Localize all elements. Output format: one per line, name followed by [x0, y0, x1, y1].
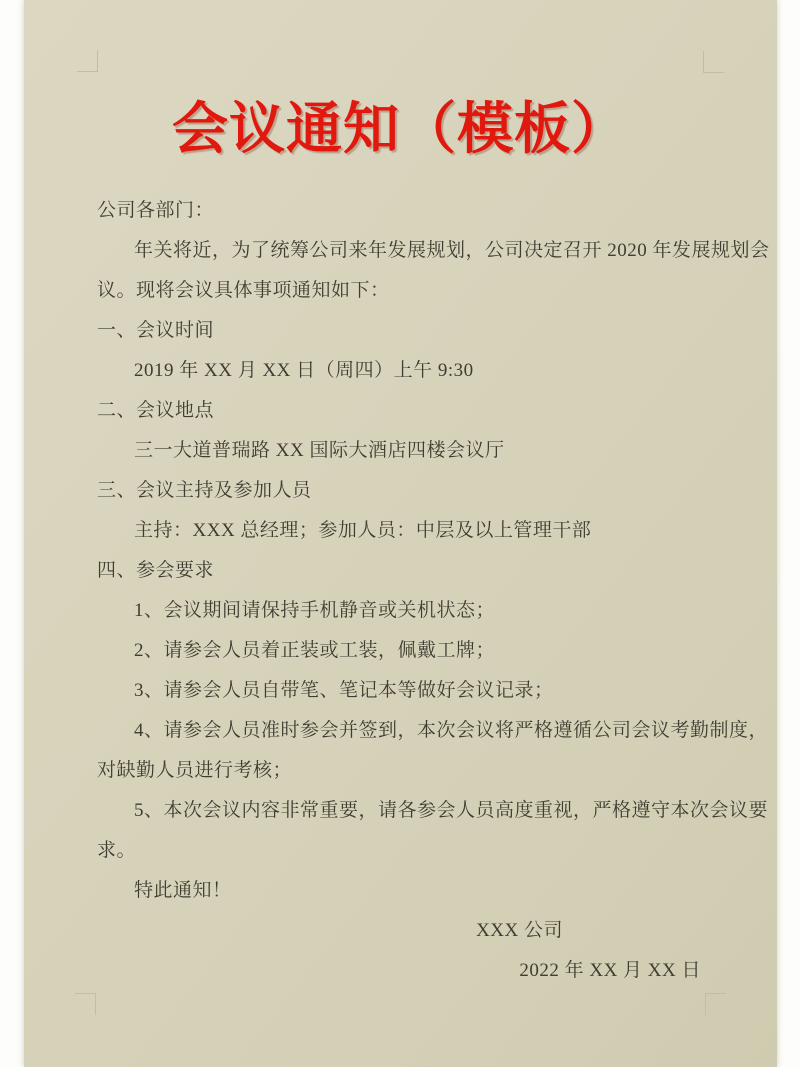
- salutation: 公司各部门：: [97, 191, 703, 231]
- requirement-item-continuation: 求。: [97, 831, 703, 871]
- meeting-location-value: 三一大道普瑞路 XX 国际大酒店四楼会议厅: [97, 431, 703, 471]
- margin-mark-bottom-left-icon: [75, 993, 96, 1015]
- document-body: 会议通知（模板） 公司各部门： 年关将近，为了统筹公司来年发展规划，公司决定召开…: [97, 72, 703, 991]
- meeting-attendees-value: 主持：XXX 总经理；参加人员：中层及以上管理干部: [97, 511, 703, 551]
- margin-mark-top-left-icon: [77, 50, 98, 72]
- requirement-item: 4、请参会人员准时参会并签到，本次会议将严格遵循公司会议考勤制度，: [97, 711, 703, 751]
- requirement-item: 3、请参会人员自带笔、笔记本等做好会议记录；: [97, 671, 703, 711]
- section-heading-attendees: 三、会议主持及参加人员: [97, 471, 703, 511]
- signature-date: 2022 年 XX 月 XX 日: [97, 951, 703, 991]
- closing-statement: 特此通知！: [97, 871, 703, 911]
- document-text: 公司各部门： 年关将近，为了统筹公司来年发展规划，公司决定召开 2020 年发展…: [97, 191, 703, 991]
- requirement-item: 1、会议期间请保持手机静音或关机状态；: [97, 591, 703, 631]
- document-title: 会议通知（模板）: [97, 95, 703, 165]
- meeting-time-value: 2019 年 XX 月 XX 日（周四）上午 9:30: [97, 351, 703, 391]
- document-page: 会议通知（模板） 公司各部门： 年关将近，为了统筹公司来年发展规划，公司决定召开…: [24, 0, 777, 1067]
- intro-line: 年关将近，为了统筹公司来年发展规划，公司决定召开 2020 年发展规划会: [97, 231, 703, 271]
- signature-company: XXX 公司: [97, 911, 703, 951]
- requirement-item-continuation: 对缺勤人员进行考核；: [97, 751, 703, 791]
- section-heading-location: 二、会议地点: [97, 391, 703, 431]
- intro-line: 议。现将会议具体事项通知如下：: [97, 271, 703, 311]
- section-heading-time: 一、会议时间: [97, 311, 703, 351]
- requirement-item: 2、请参会人员着正装或工装，佩戴工牌；: [97, 631, 703, 671]
- margin-mark-bottom-right-icon: [705, 993, 726, 1015]
- section-heading-requirements: 四、参会要求: [97, 551, 703, 591]
- requirement-item: 5、本次会议内容非常重要，请各参会人员高度重视，严格遵守本次会议要: [97, 791, 703, 831]
- margin-mark-top-right-icon: [703, 51, 724, 73]
